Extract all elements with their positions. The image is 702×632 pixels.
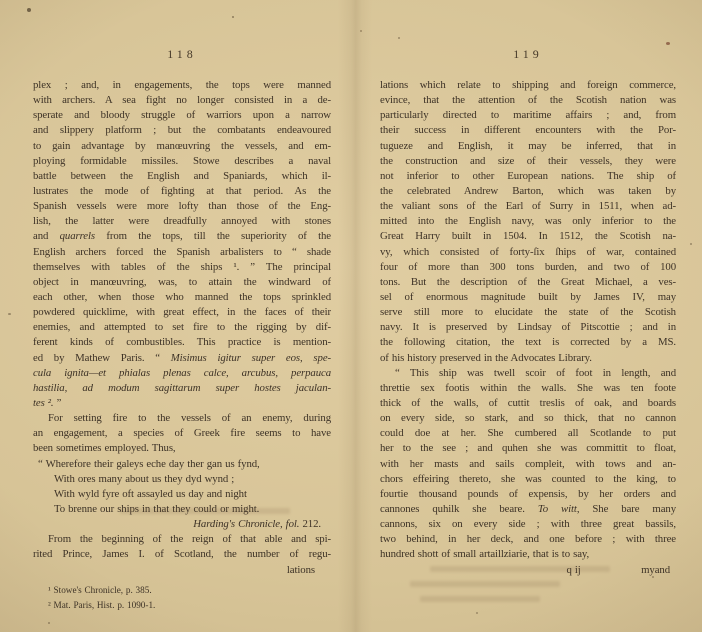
text-line: “ This ship was twell scoir of foot in l… <box>380 366 676 381</box>
text-line: chors effeiring thereto, she was counted… <box>380 472 676 487</box>
text-line: Great Harry built in 1504. In 1512, the … <box>380 229 676 244</box>
text-line: lustrates the mode of fighting at that p… <box>33 184 331 199</box>
text-line: the following citation, the text is corr… <box>380 335 676 350</box>
text-line: tes ². ” <box>33 396 331 411</box>
text-line: their success in different encounters wi… <box>380 123 676 138</box>
text-line: hastilia, ad modum sagittarum super host… <box>33 381 331 396</box>
text-line: For setting fire to the vessels of an en… <box>33 411 331 426</box>
text-line: fourtie thousand pounds of expensis, by … <box>380 487 676 502</box>
text-line: particularly directed to maritime affair… <box>380 108 676 123</box>
text-line: rited Prince, James I. of Scotland, the … <box>33 547 331 562</box>
text-line: the valiant sons of the Earl of Surry in… <box>380 199 676 214</box>
paper-speck <box>27 8 31 12</box>
page-number-left: 118 <box>33 47 331 62</box>
text-line: cula ignita—et phialas plenas calce, arc… <box>33 366 331 381</box>
text-line: sperate and bloody struggle of warriors … <box>33 108 331 123</box>
text-line: plex ; and, in engagements, the tops wer… <box>33 78 331 93</box>
text-line: Harding's Chronicle, fol. 212. <box>33 517 331 532</box>
text-line: ed by Mathew Paris. “ Misimus igitur sup… <box>33 351 331 366</box>
text-line: With wyld fyre oft assayled us day and n… <box>33 487 331 502</box>
text-line: ploying formidable missiles. Stowe descr… <box>33 154 331 169</box>
page-gutter-shadow <box>338 0 372 632</box>
text-line: battle between the English and Spaniards… <box>33 169 331 184</box>
text-line: the construction and size of their vesse… <box>380 154 676 169</box>
text-line: the celebrated Andrew Barton, which was … <box>380 184 676 199</box>
text-line: ferent kinds of combustibles. This pract… <box>33 335 331 350</box>
text-line: lish, the latter were dreadfully annoyed… <box>33 214 331 229</box>
signature-line: q ijmyand <box>380 563 676 578</box>
text-line: to gain advantage by manœuvring the vess… <box>33 139 331 154</box>
text-line: of his history preserved in the Advocate… <box>380 351 676 366</box>
text-line: enemies, and attempted to set fire to th… <box>33 320 331 335</box>
page-right: 119 lations which relate to shipping and… <box>380 0 676 632</box>
text-line: cannons, six on every side ; with three … <box>380 517 676 532</box>
text-line: and slippery platform ; but the combatan… <box>33 123 331 138</box>
text-line: mitted into the English navy, was only i… <box>380 214 676 229</box>
text-line: navy. It is preserved by Lindsay of Pits… <box>380 320 676 335</box>
text-line: with her masts and sails compleit, with … <box>380 457 676 472</box>
text-line: English archers forced the Spanish arbal… <box>33 245 331 260</box>
text-line: vy, which consisted of forty-ſix ſhips o… <box>380 245 676 260</box>
text-line: Spanish vessels were more lofty than tho… <box>33 199 331 214</box>
text-line: with archers. A sea fight no longer cons… <box>33 93 331 108</box>
text-line: not inferior to other European nations. … <box>380 169 676 184</box>
text-line: “ Wherefore their galeys eche day ther g… <box>33 457 331 472</box>
text-line: cannones quhilk she beare. To witt, She … <box>380 502 676 517</box>
page-right-text: lations which relate to shipping and for… <box>380 78 676 578</box>
text-line: tugueze and English, it may be inferred,… <box>380 139 676 154</box>
text-line: an engagement, a species of Greek fire s… <box>33 426 331 441</box>
text-line: threttie sex footis within the walls. Sh… <box>380 381 676 396</box>
text-line: powdered quicklime, with great effect, i… <box>33 305 331 320</box>
page-left: 118 plex ; and, in engagements, the tops… <box>33 0 331 632</box>
text-line: With ores many about us they dyd wynd ; <box>33 472 331 487</box>
text-line: object in manœuvring, was, to attain the… <box>33 275 331 290</box>
footnote-line: ¹ Stowe's Chronicle, p. 385. <box>33 583 331 598</box>
text-line: lations which relate to shipping and for… <box>380 78 676 93</box>
text-line: evince, that the attention of the Scotis… <box>380 93 676 108</box>
text-line: serve still more to elucidate the state … <box>380 305 676 320</box>
text-line: her to the see ; and quhen she was commi… <box>380 441 676 456</box>
page-left-text: plex ; and, in engagements, the tops wer… <box>33 78 331 613</box>
text-line: been sometimes employed. Thus, <box>33 441 331 456</box>
signature-mark: q ij <box>566 563 580 578</box>
footnote-line: ² Mat. Paris, Hist. p. 1090-1. <box>33 598 331 613</box>
text-line: To brenne our ships in that they could o… <box>33 502 331 517</box>
text-line: and quarrels from the tops, till the sup… <box>33 229 331 244</box>
catchword: lations <box>33 563 331 578</box>
paper-speck <box>8 313 11 315</box>
catchword: myand <box>641 563 670 578</box>
text-line: two behind, in her deck, and one before … <box>380 532 676 547</box>
text-line: sel of enormous magnitude built by James… <box>380 290 676 305</box>
paper-speck <box>690 243 692 245</box>
book-spread: 118 plex ; and, in engagements, the tops… <box>0 0 702 632</box>
page-number-right: 119 <box>380 47 676 62</box>
text-line: thick of the walls, of cuttit treslis of… <box>380 396 676 411</box>
text-line: hundred shott of small artaillziarie, th… <box>380 547 676 562</box>
text-line: four of more than 300 tons burden, and t… <box>380 260 676 275</box>
text-line: From the beginning of the reign of that … <box>33 532 331 547</box>
text-line: each other, when those who manned the to… <box>33 290 331 305</box>
text-line: themselves with tables of the ships ¹. ”… <box>33 260 331 275</box>
text-line: tons. But the description of the Great M… <box>380 275 676 290</box>
text-line: on every side, so stark, and so thick, t… <box>380 411 676 426</box>
text-line: could doe at her. She cumbered all Scotl… <box>380 426 676 441</box>
